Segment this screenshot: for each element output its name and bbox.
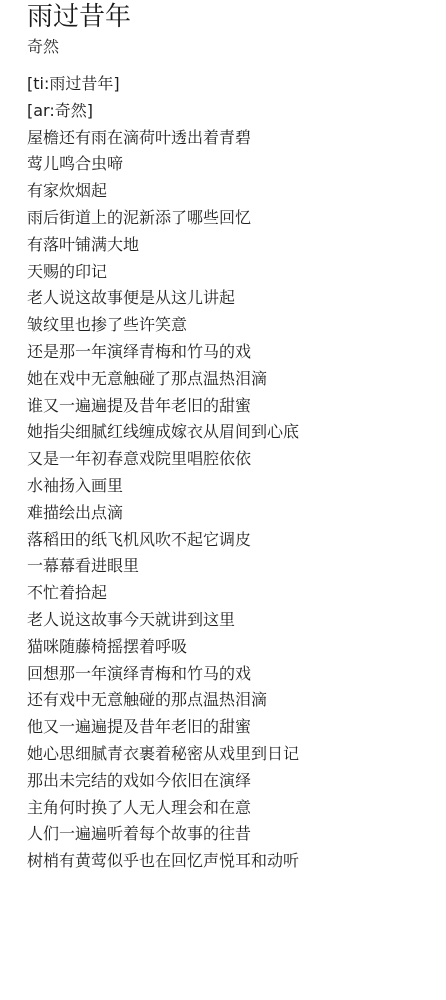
lyric-line: 谁又一遍遍提及昔年老旧的甜蜜 [27,393,446,420]
lyric-line: 还有戏中无意触碰的那点温热泪滴 [27,687,446,714]
song-artist: 奇然 [27,36,446,58]
lyric-line: 落稻田的纸飞机风吹不起它调皮 [27,527,446,554]
lyric-line: 那出未完结的戏如今依旧在演绎 [27,768,446,795]
lyric-line: 天赐的印记 [27,259,446,286]
lyric-line: 她指尖细腻红线缠成嫁衣从眉间到心底 [27,419,446,446]
lyric-line: 主角何时换了人无人理会和在意 [27,795,446,822]
lyric-line: 有家炊烟起 [27,178,446,205]
lyric-line: 水袖扬入画里 [27,473,446,500]
lyrics-page: 雨过昔年 奇然 [ti:雨过昔年] [ar:奇然] 屋檐还有雨在滴荷叶透出着青碧… [27,0,446,875]
lyric-line: 皱纹里也掺了些许笑意 [27,312,446,339]
lyric-line: 老人说这故事便是从这儿讲起 [27,285,446,312]
lyric-line: 她心思细腻青衣裹着秘密从戏里到日记 [27,741,446,768]
lyric-line: 雨后街道上的泥新添了哪些回忆 [27,205,446,232]
lyric-line: 屋檐还有雨在滴荷叶透出着青碧 [27,125,446,152]
lyric-line: 猫咪随藤椅摇摆着呼吸 [27,634,446,661]
lyrics-list: [ti:雨过昔年] [ar:奇然] 屋檐还有雨在滴荷叶透出着青碧 莺儿鸣合虫啼 … [27,71,446,875]
lyric-line: 树梢有黄莺似乎也在回忆声悦耳和动听 [27,848,446,875]
lyric-line: 他又一遍遍提及昔年老旧的甜蜜 [27,714,446,741]
lyric-line: 人们一遍遍听着每个故事的往昔 [27,821,446,848]
lyric-line: 又是一年初春意戏院里唱腔依依 [27,446,446,473]
lyric-line-artist-tag: [ar:奇然] [27,98,446,125]
lyric-line: 有落叶铺满大地 [27,232,446,259]
lyric-line: 难描绘出点滴 [27,500,446,527]
lyric-line: 莺儿鸣合虫啼 [27,151,446,178]
lyric-line: 她在戏中无意触碰了那点温热泪滴 [27,366,446,393]
lyric-line: 不忙着拾起 [27,580,446,607]
lyric-line: 回想那一年演绎青梅和竹马的戏 [27,661,446,688]
song-title: 雨过昔年 [27,0,446,34]
lyric-line: 还是那一年演绎青梅和竹马的戏 [27,339,446,366]
lyric-line: 一幕幕看进眼里 [27,553,446,580]
lyric-line: 老人说这故事今天就讲到这里 [27,607,446,634]
lyric-line-title-tag: [ti:雨过昔年] [27,71,446,98]
